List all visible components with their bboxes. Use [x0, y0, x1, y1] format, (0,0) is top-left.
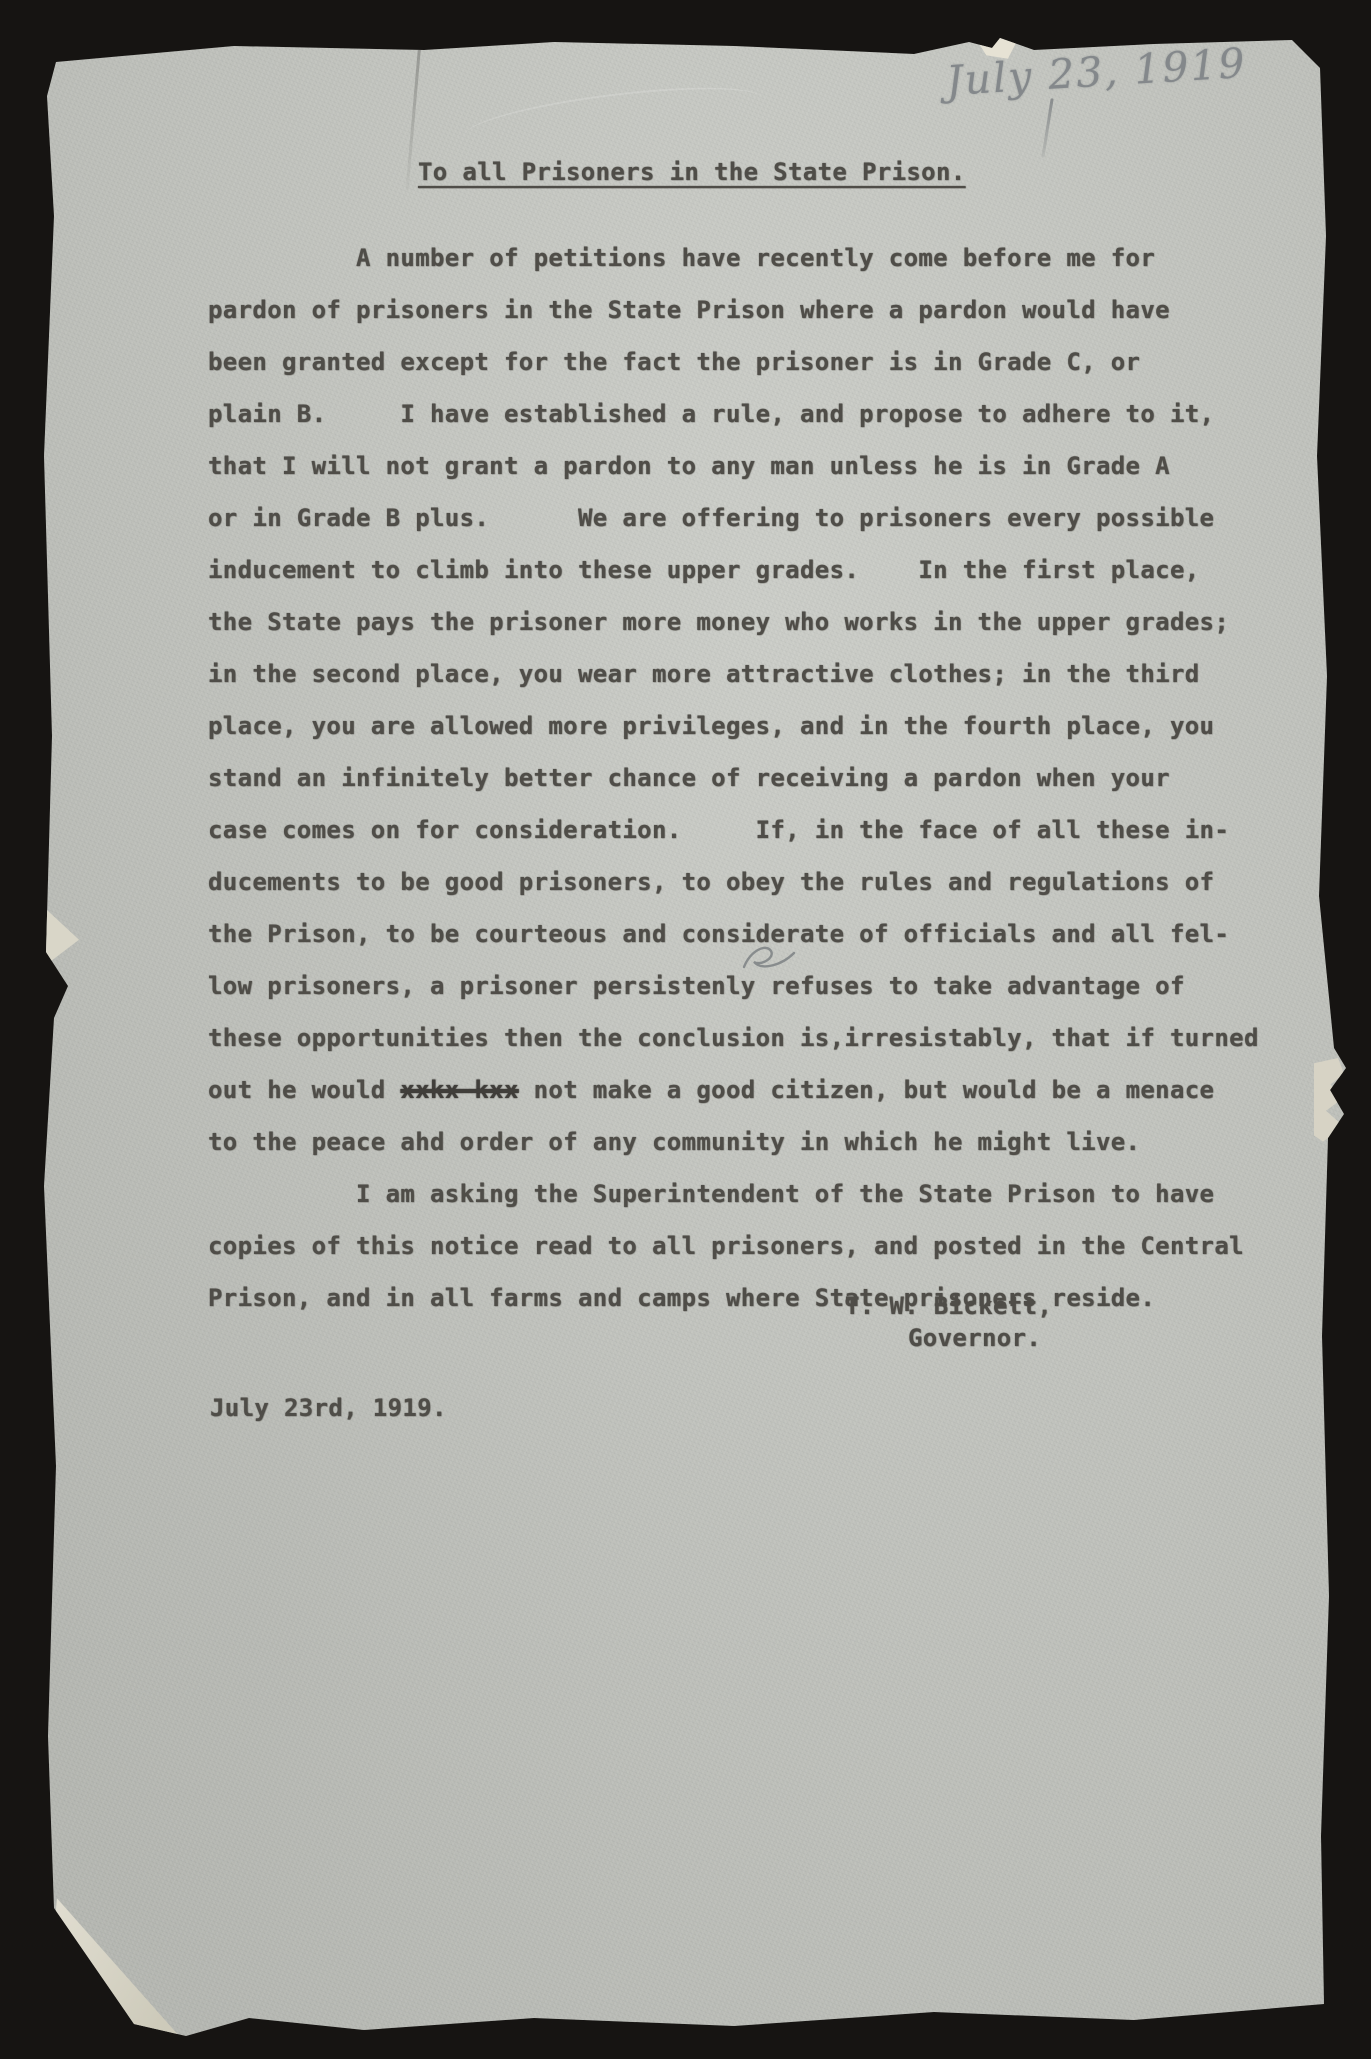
body-line: copies of this notice read to all prison… [208, 1220, 1259, 1272]
signature-title: Governor. [908, 1324, 1041, 1352]
pencil-stroke [1041, 98, 1053, 158]
signature-name: T. W. Bickett, [845, 1292, 1052, 1320]
dateline: July 23rd, 1919. [210, 1394, 447, 1422]
body-line: these opportunities then the conclusion … [208, 1012, 1259, 1064]
body-line: stand an infinitely better chance of rec… [208, 752, 1259, 804]
body-line: pardon of prisoners in the State Prison … [208, 284, 1259, 336]
crossed-out-text: xxkx kxx [400, 1076, 518, 1104]
body-line: A number of petitions have recently come… [208, 232, 1259, 284]
body-line: case comes on for consideration. If, in … [208, 804, 1259, 856]
body-line: ducements to be good prisoners, to obey … [208, 856, 1259, 908]
document-body: A number of petitions have recently come… [208, 232, 1259, 1324]
body-line: plain B. I have established a rule, and … [208, 388, 1259, 440]
body-line: I am asking the Superintendent of the St… [208, 1168, 1259, 1220]
torn-edge-right [1314, 1058, 1344, 1146]
body-line-text: out he would [208, 1076, 400, 1104]
document-title: To all Prisoners in the State Prison. [418, 158, 966, 186]
body-line: Prison, and in all farms and camps where… [208, 1272, 1259, 1324]
document-page: July 23, 1919 To all Prisoners in the St… [34, 36, 1346, 2052]
torn-edge-sliver [34, 148, 50, 213]
folded-corner [42, 1892, 192, 2050]
folded-edge-left [34, 898, 79, 974]
body-line: the State pays the prisoner more money w… [208, 596, 1259, 648]
paper-wrinkle [462, 76, 765, 158]
body-line: place, you are allowed more privileges, … [208, 700, 1259, 752]
body-line: or in Grade B plus. We are offering to p… [208, 492, 1259, 544]
body-line: that I will not grant a pardon to any ma… [208, 440, 1259, 492]
body-line: out he would xxkx kxx not make a good ci… [208, 1064, 1259, 1116]
pencil-correction-mark [734, 929, 808, 981]
body-line: to the peace ahd order of any community … [208, 1116, 1259, 1168]
body-line: in the second place, you wear more attra… [208, 648, 1259, 700]
body-line: been granted except for the fact the pri… [208, 336, 1259, 388]
body-line: inducement to climb into these upper gra… [208, 544, 1259, 596]
body-line-text: not make a good citizen, but would be a … [519, 1076, 1215, 1104]
